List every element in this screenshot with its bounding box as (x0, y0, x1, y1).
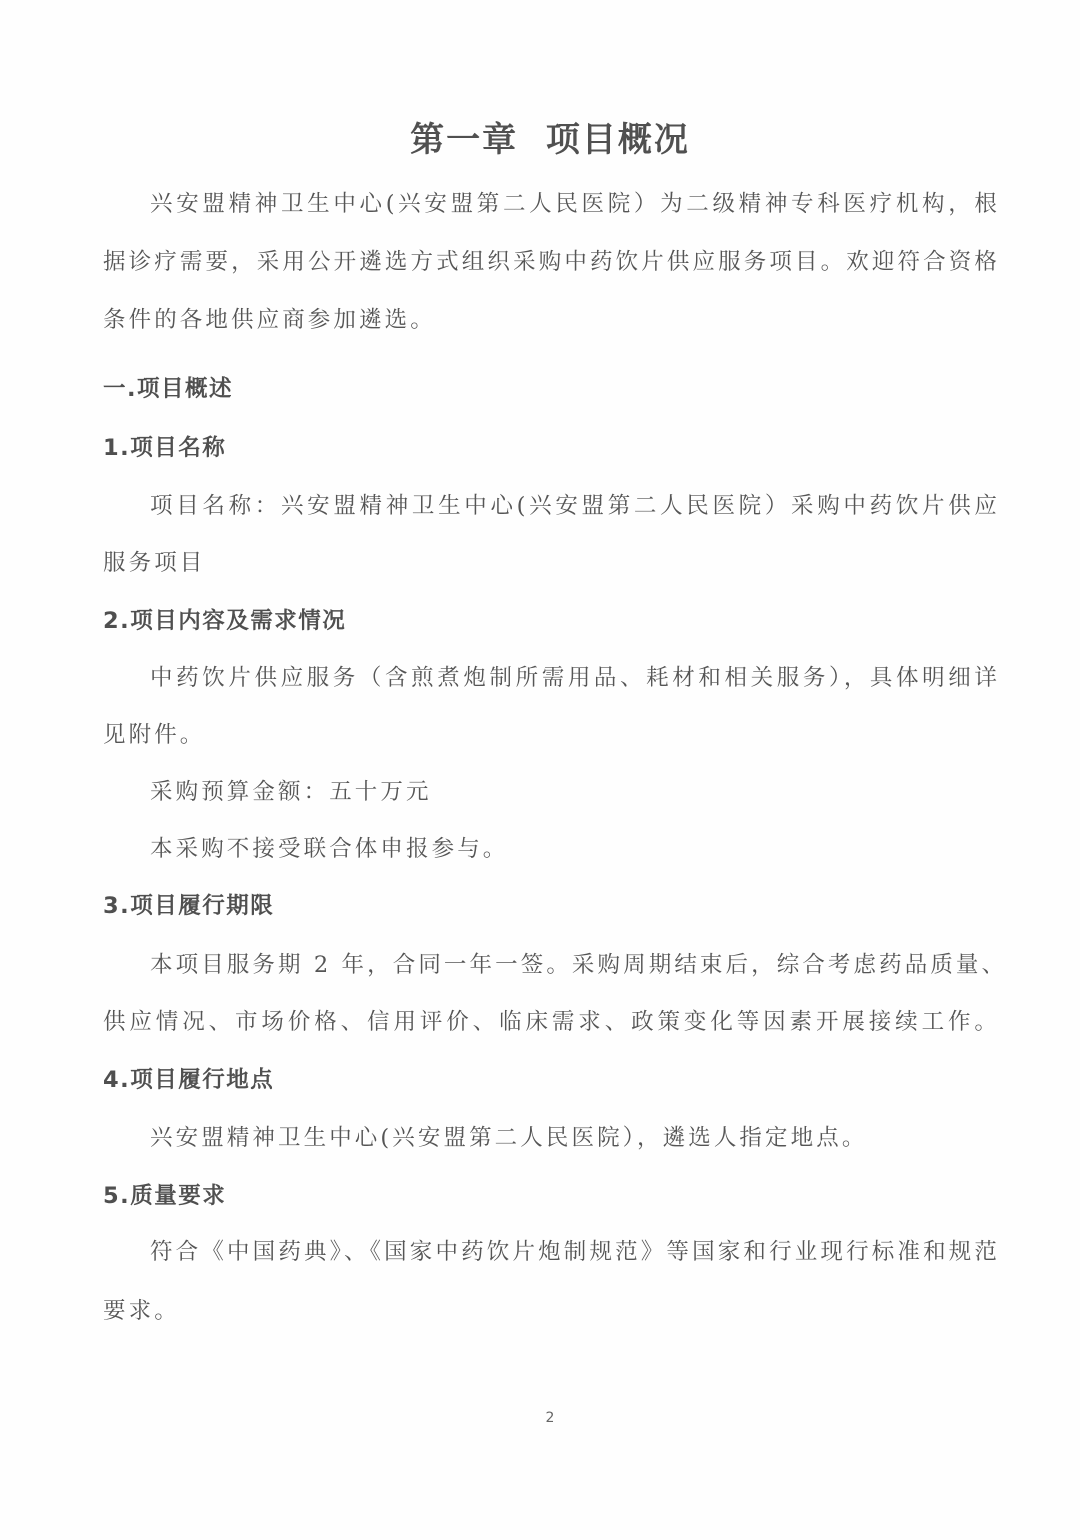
consortium-line: 本采购不接受联合体申报参与。 (150, 834, 1050, 864)
item-heading-location: 4.项目履行地点 (103, 1065, 274, 1095)
intro-line-3: 条件的各地供应商参加遴选。 (103, 305, 1003, 335)
location-line: 兴安盟精神卫生中心(兴安盟第二人民医院），遴选人指定地点。 (150, 1123, 1050, 1153)
content-line-2: 见附件。 (103, 720, 1003, 750)
project-name-line-1: 项目名称：兴安盟精神卫生中心(兴安盟第二人民医院）采购中药饮片供应 (150, 491, 1000, 521)
item-heading-quality: 5.质量要求 (103, 1181, 226, 1211)
project-name-line-2: 服务项目 (103, 548, 1003, 578)
item-heading-content: 2.项目内容及需求情况 (103, 606, 346, 636)
chapter-title: 第一章 项目概况 (0, 112, 1080, 161)
item-heading-period: 3.项目履行期限 (103, 891, 274, 921)
page-number: 2 (0, 1410, 1080, 1426)
budget-line: 采购预算金额：五十万元 (150, 777, 1050, 807)
period-line-1: 本项目服务期 2 年，合同一年一签。采购周期结束后，综合考虑药品质量、 (150, 950, 1000, 980)
quality-line-1: 符合《中国药典》、《国家中药饮片炮制规范》等国家和行业现行标准和规范 (150, 1237, 1000, 1267)
intro-line-2: 据诊疗需要，采用公开遴选方式组织采购中药饮片供应服务项目。欢迎符合资格 (103, 247, 1000, 277)
intro-line-1: 兴安盟精神卫生中心(兴安盟第二人民医院）为二级精神专科医疗机构，根 (150, 189, 1000, 219)
section-heading-overview: 一.项目概述 (103, 374, 233, 404)
content-line-1: 中药饮片供应服务（含煎煮炮制所需用品、耗材和相关服务），具体明细详 (150, 663, 1000, 693)
item-heading-project-name: 1.项目名称 (103, 433, 226, 463)
quality-line-2: 要求。 (103, 1296, 1003, 1326)
period-line-2: 供应情况、市场价格、信用评价、临床需求、政策变化等因素开展接续工作。 (103, 1007, 1000, 1037)
document-page: 第一章 项目概况 兴安盟精神卫生中心(兴安盟第二人民医院）为二级精神专科医疗机构… (0, 0, 1080, 1540)
